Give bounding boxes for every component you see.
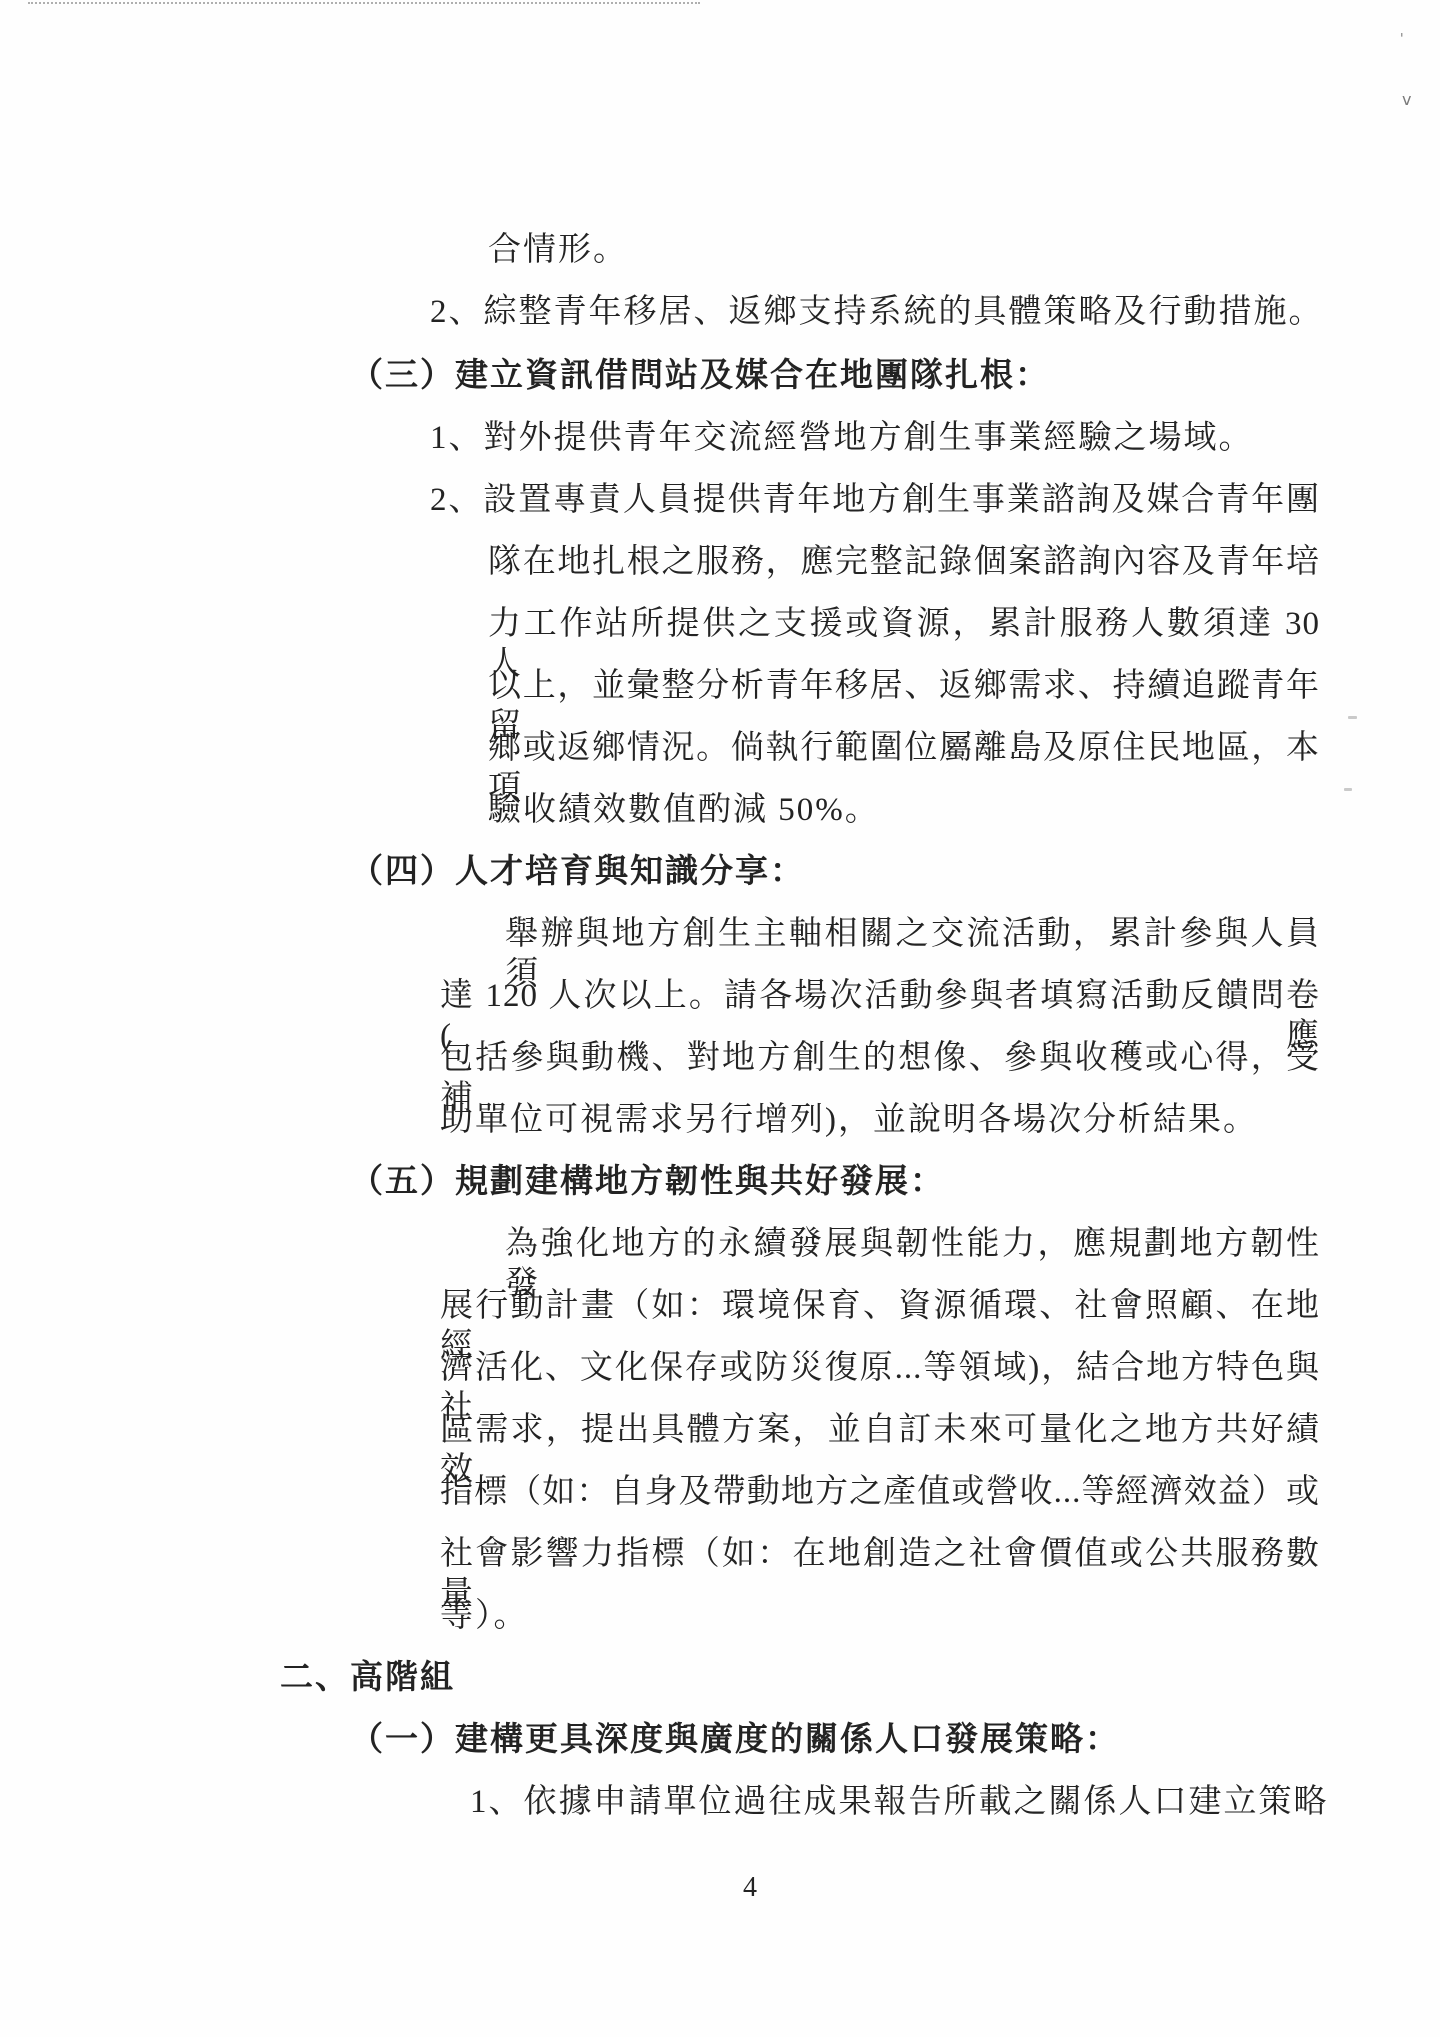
scan-artifact-dot: '	[1400, 32, 1404, 47]
scan-artifact-dashed-line	[28, 2, 700, 4]
text-line: （一）建構更具深度與廣度的關係人口發展策略：	[350, 1720, 1120, 1760]
text-line: （五）規劃建構地方韌性與共好發展：	[350, 1162, 945, 1202]
text-line: 合情形。	[488, 230, 628, 270]
text-line: 1、對外提供青年交流經營地方創生事業經驗之場域。	[430, 418, 1254, 458]
scan-artifact-v-mark: v	[1402, 90, 1411, 109]
text-line: 2、設置專責人員提供青年地方創生事業諮詢及媒合青年團	[430, 480, 1320, 520]
text-line: 社會影響力指標（如：在地創造之社會價值或公共服務數量	[440, 1534, 1320, 1614]
text-line: （三）建立資訊借問站及媒合在地團隊扎根：	[350, 356, 1050, 396]
text-line: 等）。	[440, 1596, 529, 1636]
text-line: （四）人才培育與知識分享：	[350, 852, 805, 892]
text-line: 驗收績效數值酌減 50%。	[488, 790, 880, 830]
text-line: 指標（如：自身及帶動地方之產值或營收...等經濟效益）或	[440, 1472, 1320, 1512]
page-number: 4	[700, 1872, 800, 1904]
text-line: 2、綜整青年移居、返鄉支持系統的具體策略及行動措施。	[430, 292, 1324, 332]
scan-artifact-speck	[1344, 788, 1352, 791]
text-line: 隊在地扎根之服務，應完整記錄個案諮詢內容及青年培	[488, 542, 1320, 582]
text-line: 1、依據申請單位過往成果報告所載之關係人口建立策略	[470, 1782, 1329, 1822]
document-page: ' v 4 合情形。2、綜整青年移居、返鄉支持系統的具體策略及行動措施。（三）建…	[0, 0, 1440, 2037]
text-line: 助單位可視需求另行增列)，並說明各場次分析結果。	[440, 1100, 1258, 1140]
scan-artifact-speck	[1348, 716, 1357, 719]
text-line: 二、高階組	[280, 1658, 455, 1698]
